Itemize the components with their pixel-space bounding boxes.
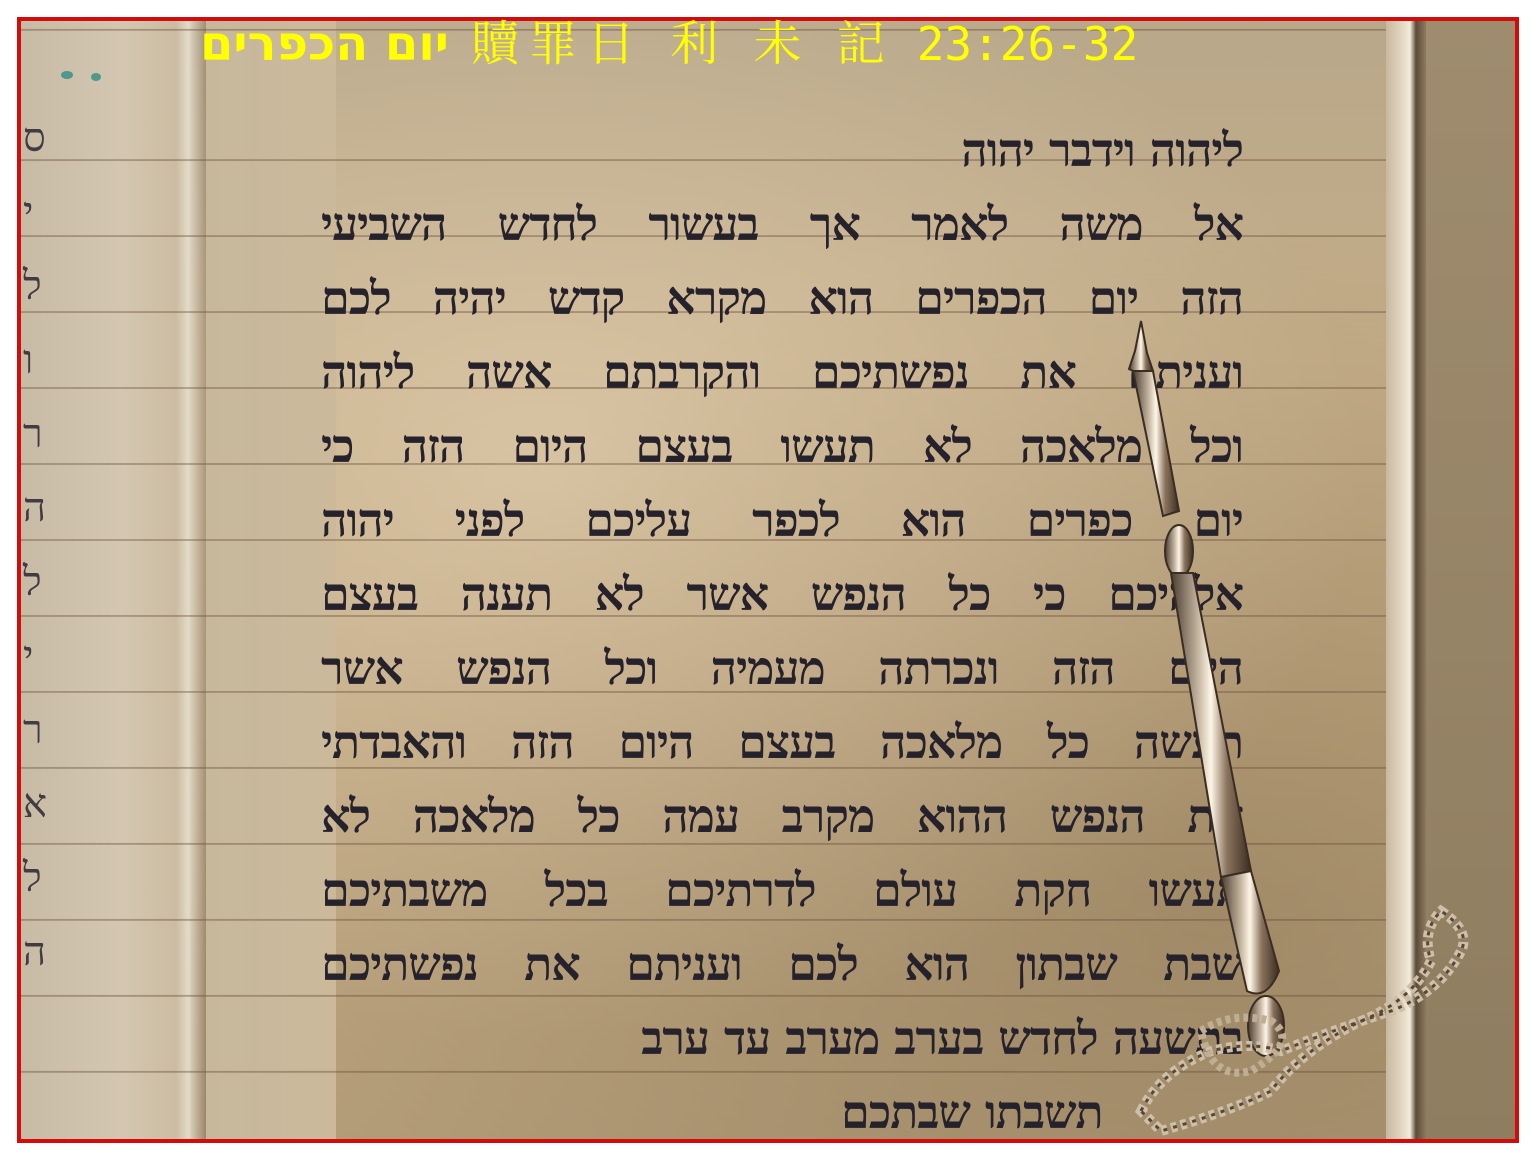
title-hebrew: יום הכפרים bbox=[200, 14, 449, 74]
letter: ל bbox=[23, 545, 43, 619]
letter: ה bbox=[23, 471, 43, 545]
title-verse-reference: 23:26-32 bbox=[917, 14, 1139, 74]
photo-frame: ס י ל ו ר ה ל י ר א ל ה ליהוה וידבר יהוה… bbox=[17, 17, 1519, 1143]
letter: ה bbox=[23, 915, 43, 989]
letter: י bbox=[23, 175, 43, 249]
letter: י bbox=[23, 619, 43, 693]
letter: ו bbox=[23, 323, 43, 397]
letter: ר bbox=[23, 693, 43, 767]
title-chinese: 贖罪日 利 未 記 bbox=[471, 14, 895, 74]
ink-mark bbox=[91, 73, 101, 81]
slide-title: יום הכפרים 贖罪日 利 未 記 23:26-32 bbox=[200, 14, 1138, 74]
letter: ס bbox=[23, 101, 43, 175]
ink-mark bbox=[61, 71, 73, 79]
letter: ל bbox=[23, 249, 43, 323]
scroll-line: אל משה לאמר אך בעשור לחדש השביעי bbox=[321, 187, 1243, 261]
previous-column-letters: ס י ל ו ר ה ל י ר א ל ה bbox=[23, 101, 43, 989]
letter: ר bbox=[23, 397, 43, 471]
torah-pointer-icon bbox=[1101, 311, 1519, 1143]
letter: ל bbox=[23, 841, 43, 915]
scroll-line: ליהוה וידבר יהוה bbox=[321, 113, 1243, 187]
letter: א bbox=[23, 767, 43, 841]
